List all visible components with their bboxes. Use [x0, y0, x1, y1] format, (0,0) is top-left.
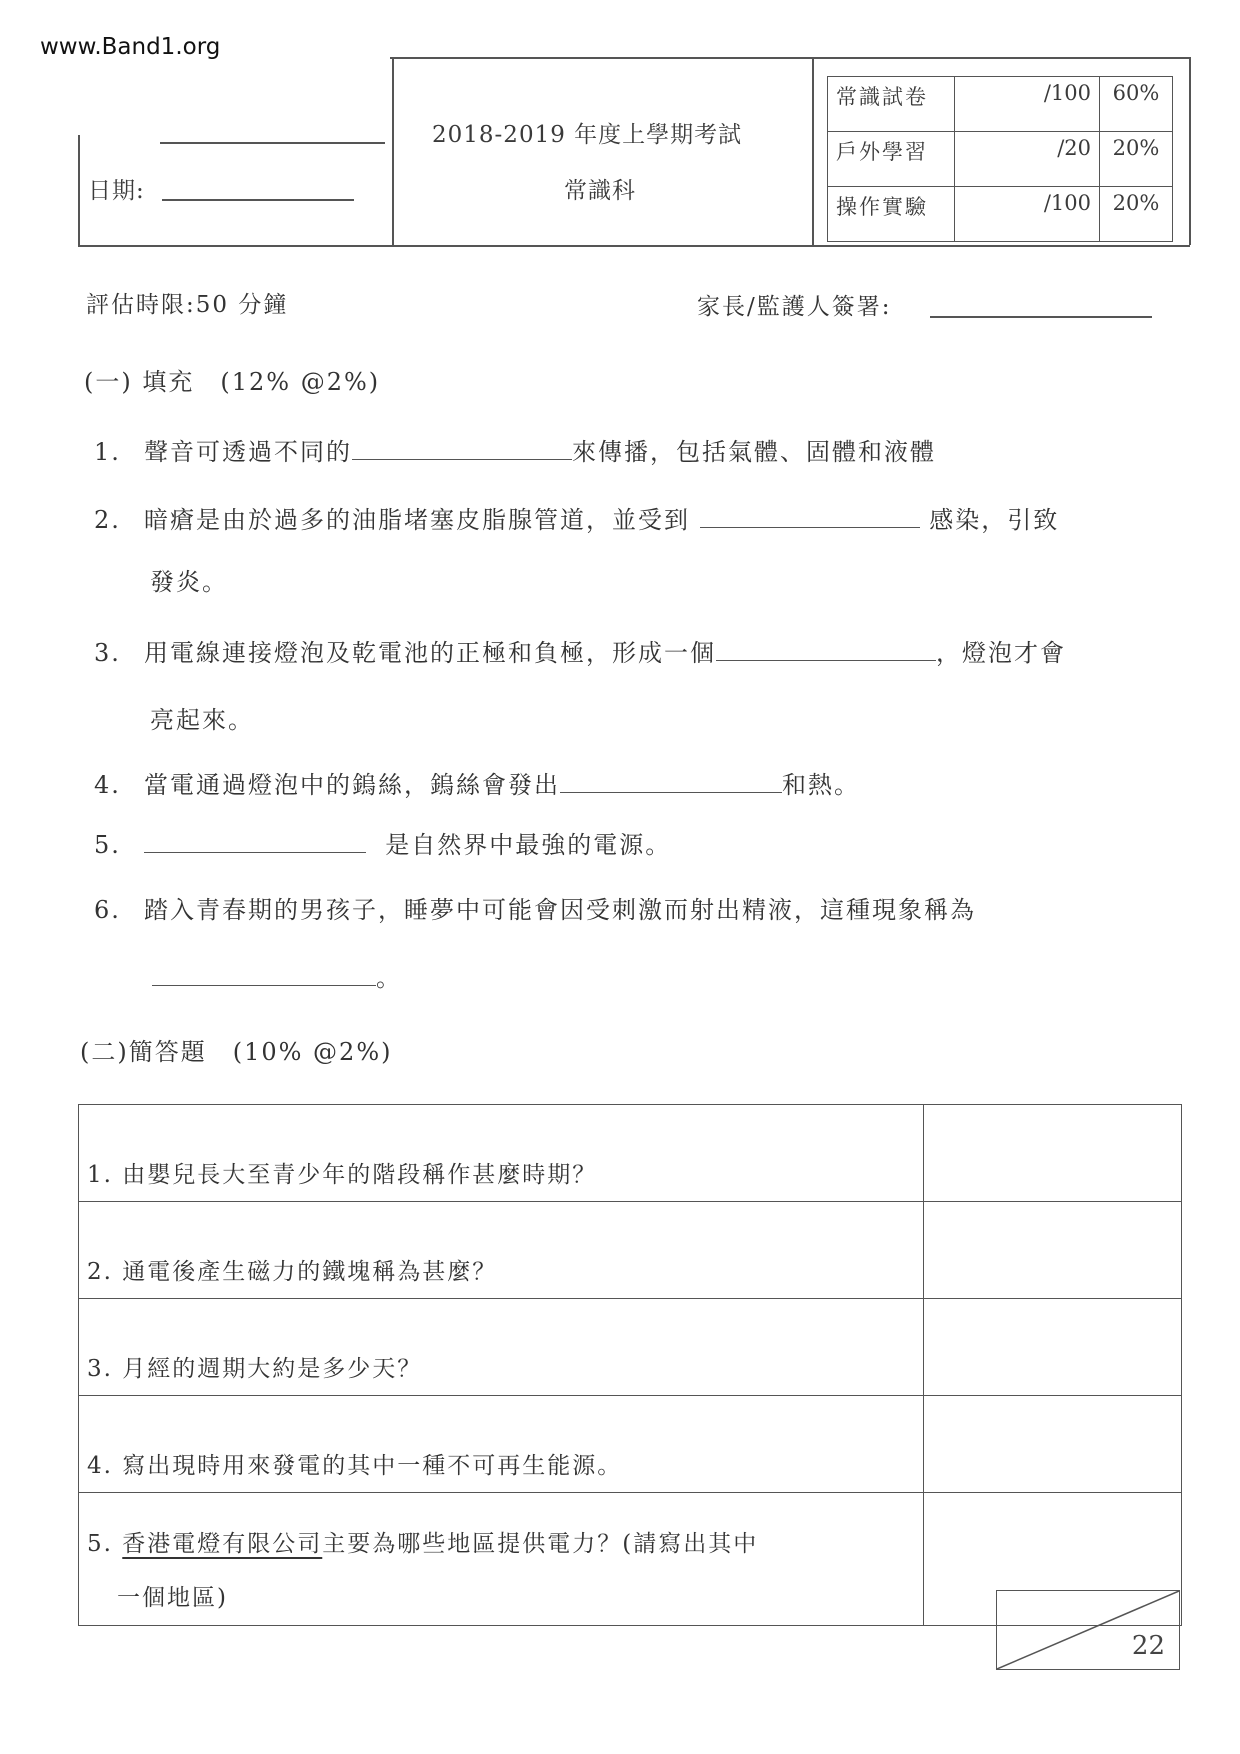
- header-bottom-border: [78, 245, 1190, 247]
- fill-question-6: 6.踏入青春期的男孩子，睡夢中可能會因受刺激而射出精液，這種現象稱為: [94, 890, 976, 925]
- fill-question-5: 5. 是自然界中最強的電源。: [94, 825, 671, 860]
- header-right-border: [1189, 57, 1191, 245]
- fill-question-2-cont: 發炎。: [150, 562, 228, 597]
- exam-title: 2018-2019 年度上學期考試: [432, 116, 742, 149]
- fill-question-6-cont: 。: [152, 958, 402, 993]
- section2-title: (二)簡答題 (10% @2%): [80, 1032, 393, 1067]
- question-number: 2.: [87, 1259, 113, 1285]
- short-answer-table: 1. 由嬰兒長大至青少年的階段稱作甚麼時期？ 2. 通電後產生磁力的鐵塊稱為甚麼…: [78, 1104, 1182, 1626]
- fill-question-2: 2.暗瘡是由於過多的油脂堵塞皮脂腺管道，並受到 感染，引致: [94, 500, 1059, 535]
- section1-title: (一) 填充 (12% @2%): [84, 362, 380, 397]
- question-number: 5.: [94, 831, 144, 859]
- answer-cell[interactable]: [924, 1202, 1182, 1299]
- question-cell: 4. 寫出現時用來發電的其中一種不可再生能源。: [79, 1396, 924, 1493]
- question-number: 5.: [87, 1531, 113, 1557]
- question-text: 當電通過燈泡中的鎢絲，鎢絲會發出: [144, 771, 560, 799]
- question-text: 。: [376, 964, 402, 992]
- score-row: 常識試卷 /100 60%: [828, 77, 1173, 132]
- header-left-border: [78, 135, 80, 245]
- signature-label: 家長/監護人簽署:: [697, 288, 892, 321]
- site-watermark: www.Band1.org: [40, 34, 220, 60]
- score-row: 戶外學習 /20 20%: [828, 132, 1173, 187]
- question-text: 是自然界中最強的電源。: [385, 831, 671, 859]
- time-limit: 評估時限:50 分鐘: [86, 286, 288, 319]
- question-text: ，燈泡才會: [936, 639, 1066, 667]
- table-row: 1. 由嬰兒長大至青少年的階段稱作甚麼時期？: [79, 1105, 1182, 1202]
- question-text: 聲音可透過不同的: [144, 438, 352, 466]
- answer-cell[interactable]: [924, 1105, 1182, 1202]
- answer-blank[interactable]: [144, 828, 366, 853]
- question-text: 踏入青春期的男孩子，睡夢中可能會因受刺激而射出精液，這種現象稱為: [144, 896, 976, 924]
- fill-question-4: 4.當電通過燈泡中的鎢絲，鎢絲會發出和熱。: [94, 765, 860, 800]
- answer-blank[interactable]: [152, 961, 376, 986]
- question-text: 來傳播，包括氣體、固體和液體: [572, 438, 936, 466]
- company-name: 香港電燈有限公司: [122, 1531, 322, 1557]
- question-cell: 5. 香港電燈有限公司主要為哪些地區提供電力？(請寫出其中一個地區): [79, 1493, 924, 1626]
- score-max[interactable]: /100: [955, 187, 1100, 242]
- question-number: 3.: [87, 1356, 113, 1382]
- question-number: 4.: [87, 1453, 113, 1479]
- question-text: 主要為哪些地區提供電力？(請寫出其中: [322, 1531, 758, 1557]
- question-number: 1.: [94, 438, 144, 466]
- question-text: 寫出現時用來發電的其中一種不可再生能源。: [122, 1453, 622, 1479]
- answer-blank[interactable]: [560, 768, 782, 793]
- score-max[interactable]: /100: [955, 77, 1100, 132]
- question-cell: 2. 通電後產生磁力的鐵塊稱為甚麼？: [79, 1202, 924, 1299]
- answer-blank[interactable]: [352, 435, 572, 460]
- question-text: 暗瘡是由於過多的油脂堵塞皮脂腺管道，並受到: [144, 506, 690, 534]
- page-score-total: 22: [1132, 1631, 1165, 1661]
- exam-subject: 常識科: [564, 172, 636, 205]
- signature-field[interactable]: [930, 316, 1152, 318]
- score-weight: 60%: [1100, 77, 1173, 132]
- name-field[interactable]: [160, 142, 385, 144]
- question-text: 由嬰兒長大至青少年的階段稱作甚麼時期？: [122, 1162, 597, 1188]
- question-number: 3.: [94, 639, 144, 667]
- score-weight: 20%: [1100, 187, 1173, 242]
- score-weight: 20%: [1100, 132, 1173, 187]
- score-max[interactable]: /20: [955, 132, 1100, 187]
- date-label: 日期:: [88, 172, 145, 205]
- answer-cell[interactable]: [924, 1396, 1182, 1493]
- table-row: 2. 通電後產生磁力的鐵塊稱為甚麼？: [79, 1202, 1182, 1299]
- fill-question-3: 3.用電線連接燈泡及乾電池的正極和負極，形成一個，燈泡才會: [94, 633, 1066, 668]
- question-number: 4.: [94, 771, 144, 799]
- score-weight-table: 常識試卷 /100 60% 戶外學習 /20 20% 操作實驗 /100 20%: [827, 76, 1173, 242]
- page-score-box: 22: [996, 1590, 1180, 1670]
- score-label: 操作實驗: [828, 187, 955, 242]
- table-row: 4. 寫出現時用來發電的其中一種不可再生能源。: [79, 1396, 1182, 1493]
- question-number: 1.: [87, 1162, 113, 1188]
- question-text: 和熱。: [782, 771, 860, 799]
- question-text-cont: 一個地區): [87, 1585, 228, 1611]
- answer-blank[interactable]: [700, 503, 920, 528]
- table-row: 3. 月經的週期大約是多少天？: [79, 1299, 1182, 1396]
- answer-cell[interactable]: [924, 1299, 1182, 1396]
- header-divider-2: [812, 57, 814, 245]
- question-number: 2.: [94, 506, 144, 534]
- fill-question-3-cont: 亮起來。: [150, 700, 254, 735]
- score-label: 常識試卷: [828, 77, 955, 132]
- question-text: 用電線連接燈泡及乾電池的正極和負極，形成一個: [144, 639, 716, 667]
- question-number: 6.: [94, 896, 144, 924]
- fill-question-1: 1.聲音可透過不同的來傳播，包括氣體、固體和液體: [94, 432, 936, 467]
- question-text: 月經的週期大約是多少天？: [122, 1356, 422, 1382]
- score-row: 操作實驗 /100 20%: [828, 187, 1173, 242]
- header-divider-1: [392, 57, 394, 245]
- answer-blank[interactable]: [716, 636, 936, 661]
- question-text: 通電後產生磁力的鐵塊稱為甚麼？: [122, 1259, 497, 1285]
- question-text: 感染，引致: [929, 506, 1059, 534]
- question-cell: 1. 由嬰兒長大至青少年的階段稱作甚麼時期？: [79, 1105, 924, 1202]
- question-cell: 3. 月經的週期大約是多少天？: [79, 1299, 924, 1396]
- header-top-border: [390, 57, 1190, 59]
- date-field[interactable]: [162, 199, 354, 201]
- score-label: 戶外學習: [828, 132, 955, 187]
